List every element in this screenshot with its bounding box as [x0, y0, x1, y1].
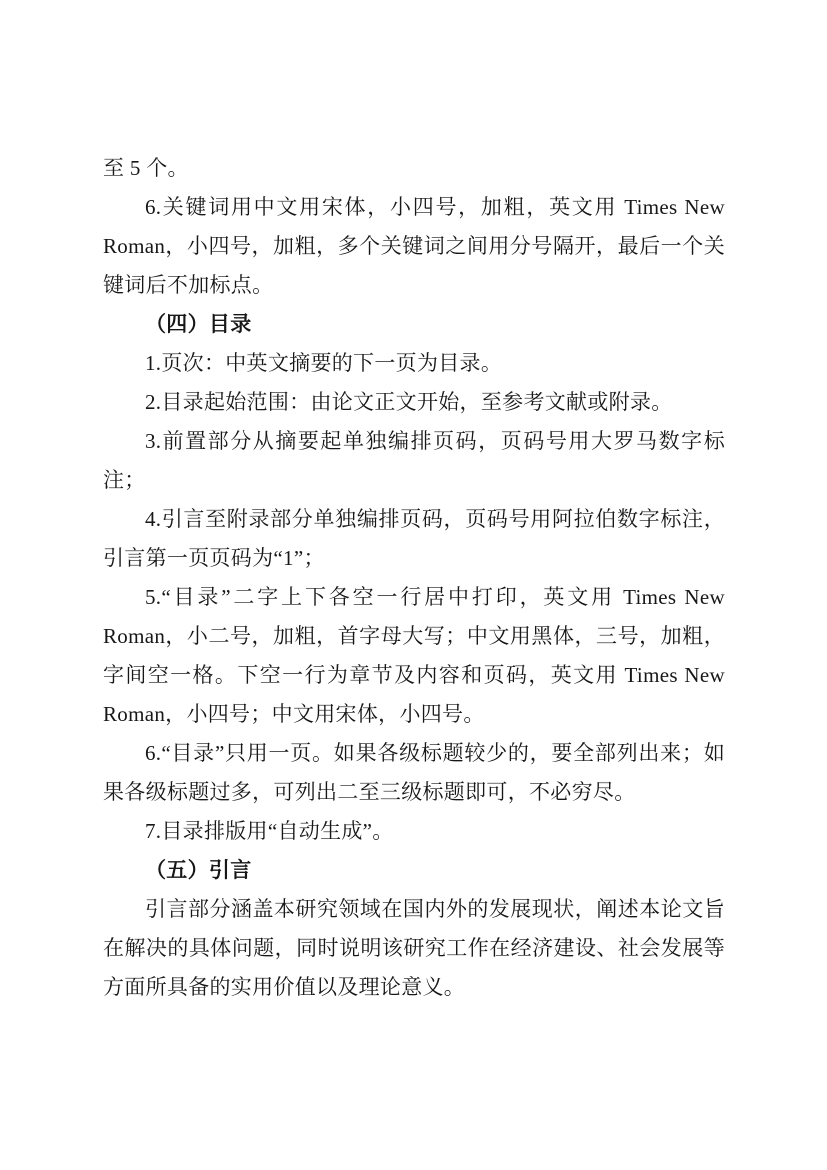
- para-toc-rule-4: 4.引言至附录部分单独编排页码，页码号用阿拉伯数字标注，引言第一页页码为“1”；: [103, 500, 725, 578]
- para-toc-rule-3: 3.前置部分从摘要起单独编排页码，页码号用大罗马数字标注；: [103, 422, 725, 500]
- heading-section-5-introduction: （五）引言: [103, 851, 725, 890]
- heading-section-4-toc: （四）目录: [103, 305, 725, 344]
- para-keyword-count-continuation: 至 5 个。: [103, 149, 725, 188]
- para-toc-rule-2: 2.目录起始范围：由论文正文开始，至参考文献或附录。: [103, 383, 725, 422]
- para-toc-rule-5: 5.“目录”二字上下各空一行居中打印，英文用 Times New Roman，小…: [103, 578, 725, 734]
- para-keywords-format-rule: 6.关键词用中文用宋体，小四号，加粗，英文用 Times New Roman，小…: [103, 188, 725, 305]
- para-toc-rule-7: 7.目录排版用“自动生成”。: [103, 812, 725, 851]
- para-toc-rule-6: 6.“目录”只用一页。如果各级标题较少的，要全部列出来；如果各级标题过多，可列出…: [103, 734, 725, 812]
- para-introduction-description: 引言部分涵盖本研究领域在国内外的发展现状，阐述本论文旨在解决的具体问题，同时说明…: [103, 890, 725, 1007]
- document-page: 至 5 个。 6.关键词用中文用宋体，小四号，加粗，英文用 Times New …: [0, 0, 827, 1170]
- document-body: 至 5 个。 6.关键词用中文用宋体，小四号，加粗，英文用 Times New …: [103, 149, 725, 1007]
- para-toc-rule-1: 1.页次：中英文摘要的下一页为目录。: [103, 344, 725, 383]
